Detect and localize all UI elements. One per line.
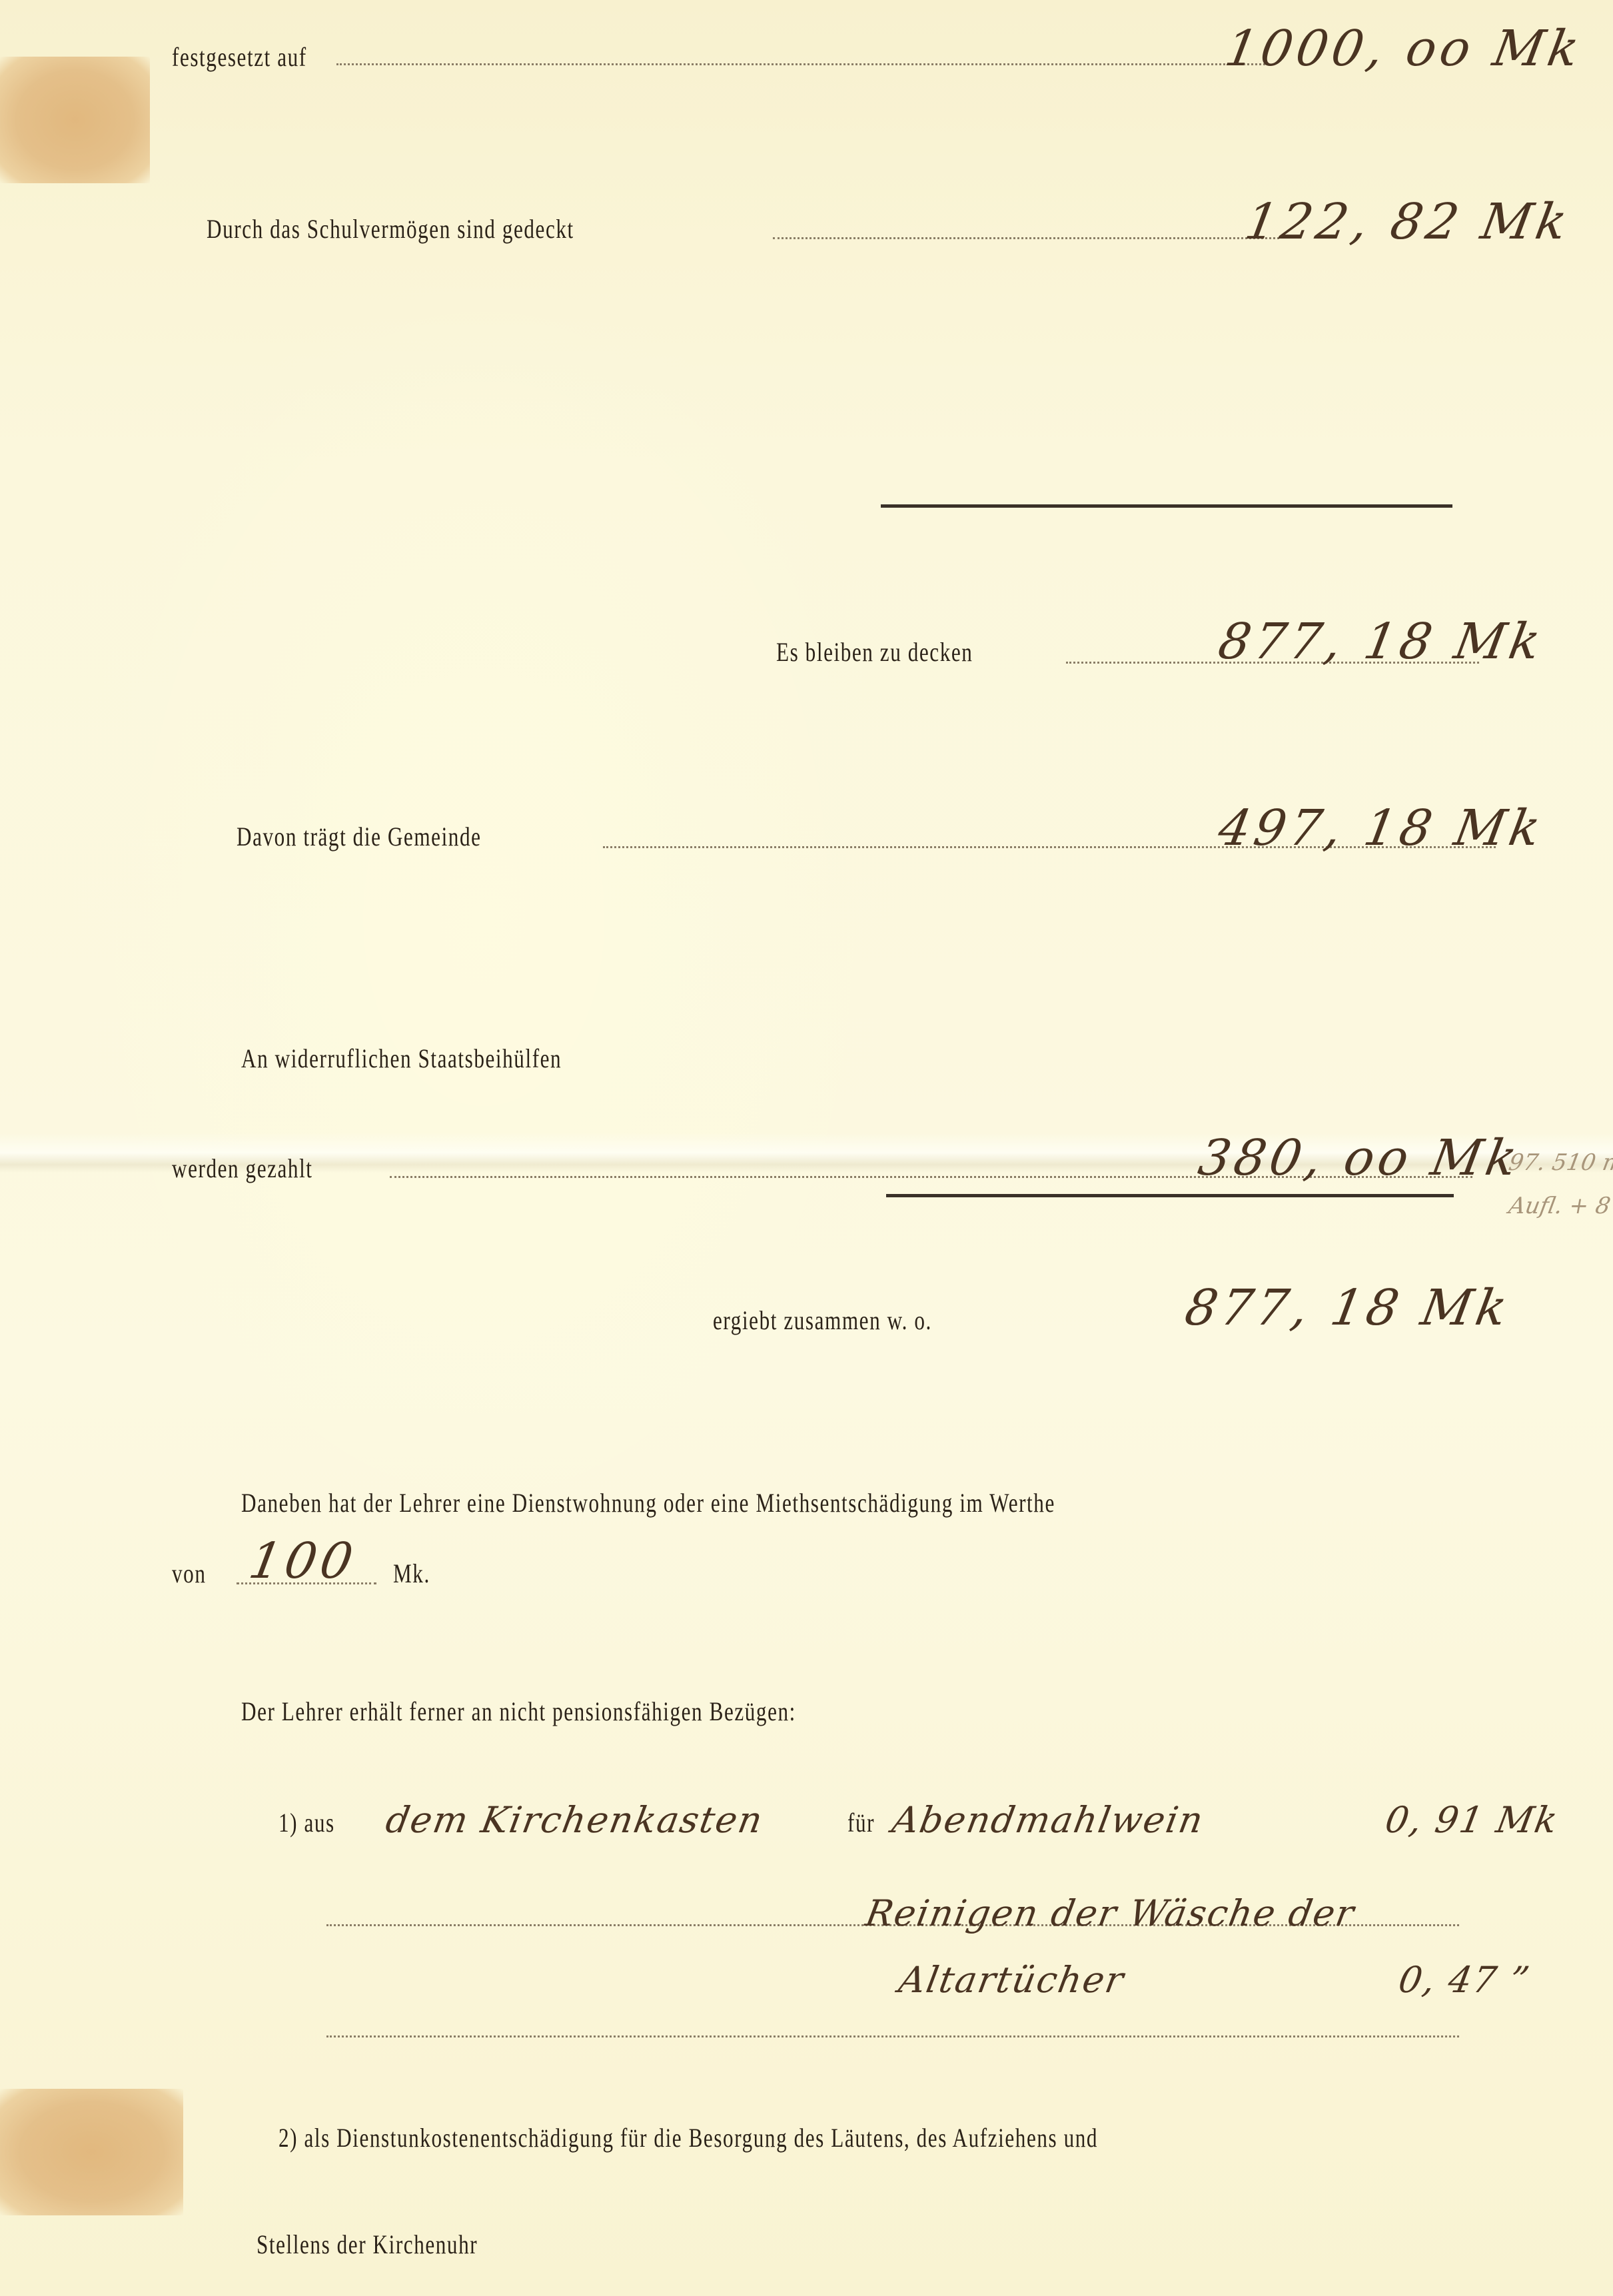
housing-amount: 100 [245,1532,360,1590]
item1-source: dem Kirchenkasten [382,1799,766,1841]
item1-amount2: 0, 47 ” [1395,1959,1533,2001]
label-ergiebt-zusammen: ergiebt zusammen w. o. [713,1305,932,1336]
item1-purpose-line1: Abendmahlwein [889,1799,1207,1841]
non-pension-heading: Der Lehrer erhält ferner an nicht pensio… [241,1696,796,1727]
item1-purpose-line3: Altartücher [895,1959,1127,2001]
label-werden-gezahlt: werden gezahlt [172,1153,313,1184]
margin-note-line1: 97. 510 m [1506,1149,1613,1176]
item1-purpose-line2: Reinigen der Wäsche der [862,1892,1358,1934]
housing-unit: Mk. [393,1558,430,1589]
label-gemeinde: Davon trägt die Gemeinde [237,821,482,852]
amount-staatsbeihuelfen: 380, oo Mk [1194,1129,1525,1187]
leader-dots [773,237,1279,239]
housing-sentence: Daneben hat der Lehrer eine Dienstwohnun… [241,1487,1055,1518]
item2-line1: 2) als Dienstunkostenentschädigung für d… [278,2122,1098,2153]
amount-bleiben-zu-decken: 877, 18 Mk [1214,613,1548,670]
item1-amount1: 0, 91 Mk [1382,1799,1562,1841]
amount-schulvermoegen: 122, 82 Mk [1241,193,1575,251]
label-schulvermoegen: Durch das Schulvermögen sind gedeckt [207,213,574,245]
label-bleiben-zu-decken: Es bleiben zu decken [776,636,973,668]
amount-ergiebt-zusammen: 877, 18 Mk [1181,1279,1515,1337]
margin-note-line2: Aufl. + 8 [1506,1193,1612,1219]
label-staatsbeihuelfen: An widerruflichen Staatsbeihülfen [241,1043,562,1074]
total-rule [886,1194,1454,1197]
paper-stain-top [0,57,150,183]
amount-festgesetzt: 1000, oo Mk [1221,20,1587,77]
paper-stain-bottom [0,2089,183,2215]
item1-number: 1) aus [278,1807,335,1838]
housing-prefix: von [172,1558,206,1589]
item2-line2: Stellens der Kirchenuhr [257,2229,478,2260]
leader-dots [336,63,1269,65]
leader-dots [326,2035,1459,2037]
label-festgesetzt: festgesetzt auf [172,41,307,73]
item1-for-label: für [847,1807,875,1838]
amount-gemeinde: 497, 18 Mk [1214,800,1548,857]
subtotal-rule [881,504,1452,508]
